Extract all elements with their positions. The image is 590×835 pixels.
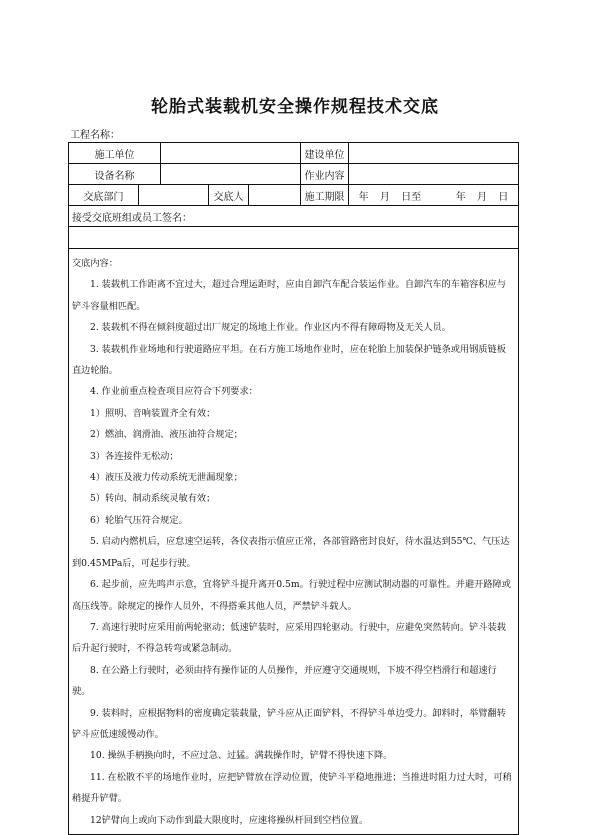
- signature-field[interactable]: [69, 227, 518, 249]
- label-department: 交底部门: [69, 185, 139, 205]
- content-subitem-5: 5）转向、制动系统灵敏有效；: [72, 488, 515, 509]
- project-name-label: 工程名称：: [70, 126, 120, 141]
- disclosure-table: 施工单位 建设单位 设备名称 作业内容 交底部门 交底人 施工期限 年 月 日至…: [68, 142, 519, 835]
- content-subitem-4: 4）液压及液力传动系统无泄漏现象；: [72, 467, 515, 488]
- table-row-construction-unit: 施工单位 建设单位: [69, 143, 518, 164]
- content-item-8: 8. 在公路上行驶时，必须由持有操作证的人员操作，并应遵守交通规则，下坡不得空档…: [72, 660, 515, 703]
- construction-period-field[interactable]: 年 月 日至 年 月 日: [349, 185, 518, 205]
- work-content-field[interactable]: [349, 164, 518, 184]
- period-year-end: 年: [456, 188, 466, 203]
- table-row-department: 交底部门 交底人 施工期限 年 月 日至 年 月 日: [69, 185, 518, 206]
- label-construction-unit: 施工单位: [69, 143, 161, 163]
- label-construction-period: 施工期限: [301, 185, 349, 205]
- content-item-2: 2. 装载机不得在倾斜度超过出厂规定的场地上作业。作业区内不得有障碍物及无关人员…: [72, 317, 515, 338]
- label-discloser: 交底人: [209, 185, 249, 205]
- content-heading: 交底内容：: [72, 253, 515, 274]
- content-item-11: 11. 在松散不平的场地作业时，应把铲臂放在浮动位置，使铲斗平稳地推进；当推进时…: [72, 767, 515, 810]
- content-item-5: 5. 启动内燃机后，应怠速空运转，各仪表指示值应正常，各部管路密封良好，待水温达…: [72, 531, 515, 574]
- period-month-start: 月: [380, 188, 390, 203]
- equipment-name-field[interactable]: [161, 164, 301, 184]
- content-item-1: 1. 装载机工作距离不宜过大，超过合理运距时，应由自卸汽车配合装运作业。自卸汽车…: [72, 274, 515, 317]
- period-month-end: 月: [477, 188, 487, 203]
- disclosure-content: 交底内容： 1. 装载机工作距离不宜过大，超过合理运距时，应由自卸汽车配合装运作…: [69, 249, 518, 834]
- page-title: 轮胎式装载机安全操作规程技术交底: [0, 92, 590, 117]
- table-row-equipment: 设备名称 作业内容: [69, 164, 518, 185]
- period-year-start: 年: [359, 188, 369, 203]
- label-owner-unit: 建设单位: [301, 143, 349, 163]
- content-item-3: 3. 装载机作业场地和行驶道路应平坦。在石方施工场地作业时，应在轮胎上加装保护链…: [72, 339, 515, 382]
- content-subitem-2: 2）燃油、润滑油、液压油符合规定；: [72, 424, 515, 445]
- owner-unit-field[interactable]: [349, 143, 518, 163]
- content-item-9: 9. 装料时，应根据物料的密度确定装载量，铲斗应从正面铲料，不得铲斗单边受力。卸…: [72, 703, 515, 746]
- signature-label: 接受交底班组或员工签名：: [69, 206, 518, 227]
- content-subitem-3: 3）各连接件无松动；: [72, 446, 515, 467]
- content-item-12: 12铲臂向上或向下动作到最大限度时，应速将操纵杆回到空档位置。: [72, 810, 515, 831]
- content-subitem-6: 6）轮胎气压符合规定。: [72, 510, 515, 531]
- period-day-end: 日: [498, 188, 508, 203]
- content-item-10: 10. 操纵手柄换向时，不应过急、过猛。满载操作时，铲臂不得快速下降。: [72, 745, 515, 766]
- content-item-7: 7. 高速行驶时应采用前两轮驱动；低速铲装时，应采用四轮驱动。行驶中，应避免突然…: [72, 617, 515, 660]
- department-field[interactable]: [139, 185, 209, 205]
- label-equipment-name: 设备名称: [69, 164, 161, 184]
- label-work-content: 作业内容: [301, 164, 349, 184]
- content-item-6: 6. 起步前，应先鸣声示意，宜将铲斗提升离开0.5m。行驶过程中应测试制动器的可…: [72, 574, 515, 617]
- construction-unit-field[interactable]: [161, 143, 301, 163]
- content-subitem-1: 1）照明、音响装置齐全有效；: [72, 403, 515, 424]
- period-day-to: 日至: [401, 188, 421, 203]
- content-item-4: 4. 作业前重点检查项目应符合下列要求：: [72, 381, 515, 402]
- discloser-field[interactable]: [249, 185, 301, 205]
